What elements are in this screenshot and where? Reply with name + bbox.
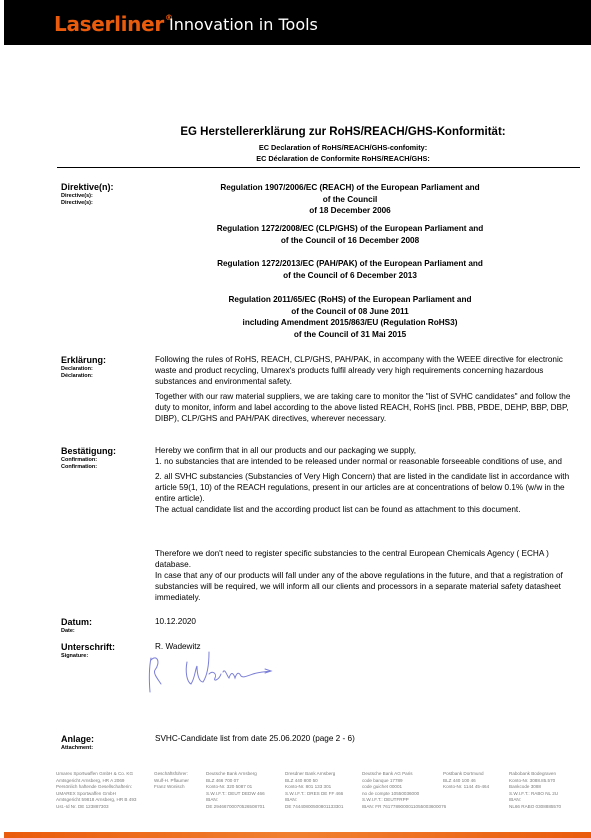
confirmation-label: Bestätigung: <box>61 446 116 456</box>
footer-company-info: Umarex Sportwaffen GmbH & Co. KGAmtsgeri… <box>56 771 136 811</box>
document-subtitle-fr: EC Déclaration de Conformite RoHS/REACH/… <box>0 154 591 163</box>
signature-label-en: Signature: <box>61 653 88 659</box>
attachment-label: Anlage: <box>61 734 94 744</box>
brand-name: Laserliner <box>54 12 164 36</box>
date-label: Datum: <box>61 617 92 627</box>
regulation-clp-ghs: Regulation 1272/2008/EC (CLP/GHS) of the… <box>155 223 545 246</box>
title-divider <box>57 167 580 168</box>
confirmation-text: Hereby we confirm that in all our produc… <box>155 445 585 515</box>
footer-bank-deutsche-arnsberg: Deutsche Bank ArnsbergBLZ 466 700 07Kont… <box>206 771 265 811</box>
footer-bank-deutsche-paris: Deutsche Bank AG Pariscode banque 17789c… <box>362 771 446 811</box>
declaration-label-fr: Déclaration: <box>61 373 93 379</box>
date-value: 10.12.2020 <box>155 616 585 627</box>
directives-label-fr: Directive(s): <box>61 200 93 206</box>
declaration-label-en: Declaration: <box>61 366 93 372</box>
declaration-text: Following the rules of RoHS, REACH, CLP/… <box>155 354 585 424</box>
attachment-value: SVHC-Candidate list from date 25.06.2020… <box>155 733 585 744</box>
footer-management: Geschäftsführer:Wulf-H. PflaumerFranz Wo… <box>154 771 189 791</box>
directives-label-en: Directive(s): <box>61 193 93 199</box>
date-label-en: Date: <box>61 628 75 634</box>
footer-bank-postbank: Postbank DortmundBLZ 440 100 46Konto-Nr.… <box>443 771 489 791</box>
brand-logo: Laserliner® <box>54 12 173 36</box>
signature-label: Unterschrift: <box>61 642 115 652</box>
declaration-label: Erklärung: <box>61 355 106 365</box>
footer-bank-rabobank: Rabobank BodegravenKonto-Nr. 3088.85.570… <box>509 771 561 811</box>
footer-accent-bar <box>4 832 591 838</box>
handwritten-signature <box>145 648 275 696</box>
brand-tagline: Innovation in Tools <box>169 15 318 34</box>
attachment-label-en: Attachment: <box>61 745 93 751</box>
confirmation-label-fr: Confirmation: <box>61 464 97 470</box>
brand-header: Laserliner® Innovation in Tools <box>4 0 591 45</box>
regulation-reach: Regulation 1907/2006/EC (REACH) of the E… <box>155 182 545 217</box>
directives-label: Direktive(n): <box>61 182 114 192</box>
regulation-pah-pak: Regulation 1272/2013/EC (PAH/PAK) of the… <box>155 258 545 281</box>
confirmation-label-en: Confirmation: <box>61 457 97 463</box>
document-title: EG Herstellererklärung zur RoHS/REACH/GH… <box>0 126 591 138</box>
registration-text: Therefore we don't need to register spec… <box>155 548 585 603</box>
document-subtitle-en: EC Declaration of RoHS/REACH/GHS-confomi… <box>0 143 591 152</box>
regulation-rohs: Regulation 2011/65/EC (RoHS) of the Euro… <box>155 294 545 340</box>
footer-bank-dresdner: Dresdner Bank ArnsbergBLZ 440 800 50Kont… <box>285 771 343 811</box>
